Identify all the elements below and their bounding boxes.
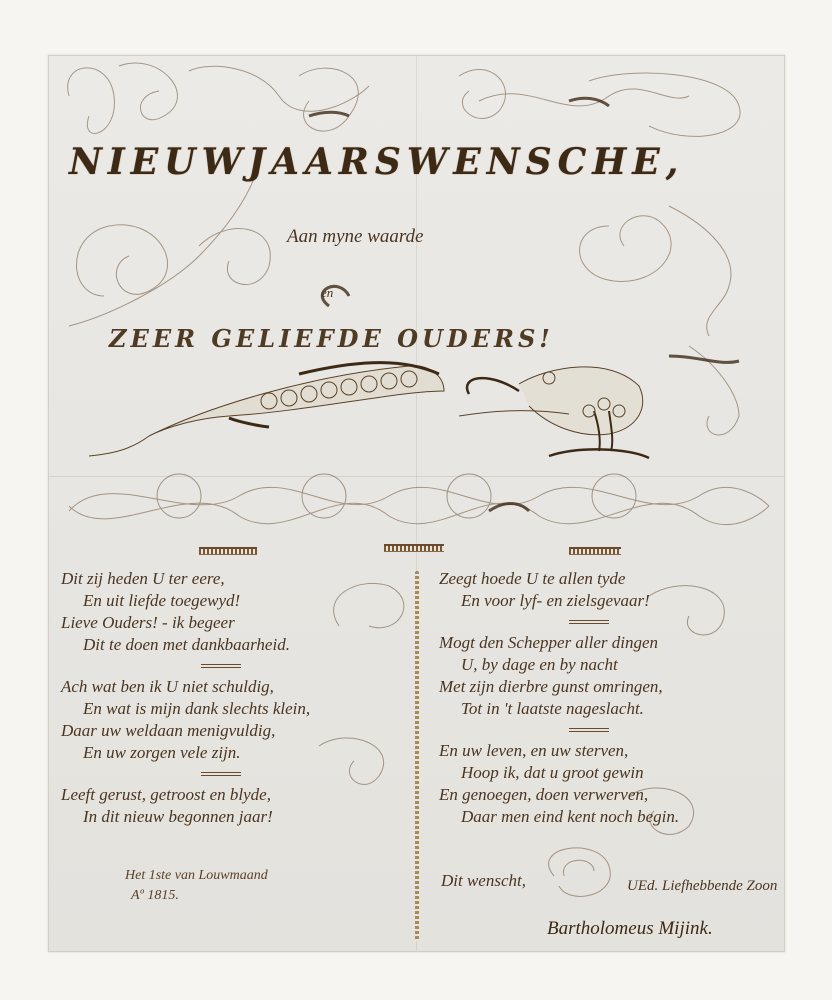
poem-line: Tot in 't laatste nageslacht.: [439, 698, 679, 720]
document-subtitle: ZEER GELIEFDE OUDERS!: [109, 324, 554, 353]
poem-line: Lieve Ouders! - ik begeer: [61, 612, 310, 634]
divider-ornament-right: [569, 547, 621, 555]
poem-line: Daar uw weldaan menigvuldig,: [61, 720, 310, 742]
document-title: NIEUWJAARSWENSCHE,: [69, 141, 669, 183]
poem-line: In dit nieuw begonnen jaar!: [61, 806, 310, 828]
poem-line: Met zijn dierbre gunst omringen,: [439, 676, 679, 698]
conjunction-text: en: [321, 285, 333, 301]
divider-ornament-left: [199, 547, 257, 555]
center-chain-divider: [415, 571, 419, 941]
dateline: Het 1ste van Louwmaand Aº 1815.: [125, 866, 268, 906]
poem-line: U, by dage en by nacht: [439, 654, 679, 676]
poem-line: Dit te doen met dankbaarheid.: [61, 634, 310, 656]
poem-line: En uit liefde toegewyd!: [61, 590, 310, 612]
signature: Bartholomeus Mijink.: [547, 918, 713, 940]
poem-line: En genoegen, doen verwerven,: [439, 784, 679, 806]
poem-line: En uw zorgen vele zijn.: [61, 742, 310, 764]
poem-line: Mogt den Schepper aller dingen: [439, 632, 679, 654]
poem-line: Zeegt hoede U te allen tyde: [439, 568, 679, 590]
stanza-separator: [569, 620, 609, 624]
poem-line: En uw leven, en uw sterven,: [439, 740, 679, 762]
poem-line: Leeft gerust, getroost en blyde,: [61, 784, 310, 806]
poem-right-column: Zeegt hoede U te allen tyde En voor lyf-…: [439, 568, 679, 828]
poem-line: Ach wat ben ik U niet schuldig,: [61, 676, 310, 698]
dedication-line: Aan myne waarde: [287, 226, 424, 248]
stanza-separator: [201, 664, 241, 668]
stanza-separator: [569, 728, 609, 732]
stanza-separator: [201, 772, 241, 776]
quill-pen-drawing: [89, 363, 444, 456]
bird-drawing: [459, 367, 649, 458]
manuscript-sheet: NIEUWJAARSWENSCHE, Aan myne waarde en ZE…: [48, 55, 785, 952]
closing-phrase: UEd. Liefhebbende Zoon: [627, 878, 777, 895]
poem-line: Hoop ik, dat u groot gewin: [439, 762, 679, 784]
poem-line: Dit zij heden U ter eere,: [61, 568, 310, 590]
poem-line: En wat is mijn dank slechts klein,: [61, 698, 310, 720]
closing-wish: Dit wenscht,: [441, 871, 526, 891]
poem-line: En voor lyf- en zielsgevaar!: [439, 590, 679, 612]
date-year: Aº 1815.: [125, 886, 268, 906]
poem-left-column: Dit zij heden U ter eere, En uit liefde …: [61, 568, 310, 828]
date-day: Het 1ste van Louwmaand: [125, 866, 268, 886]
poem-line: Daar men eind kent noch begin.: [439, 806, 679, 828]
divider-ornament-center: [384, 544, 444, 552]
